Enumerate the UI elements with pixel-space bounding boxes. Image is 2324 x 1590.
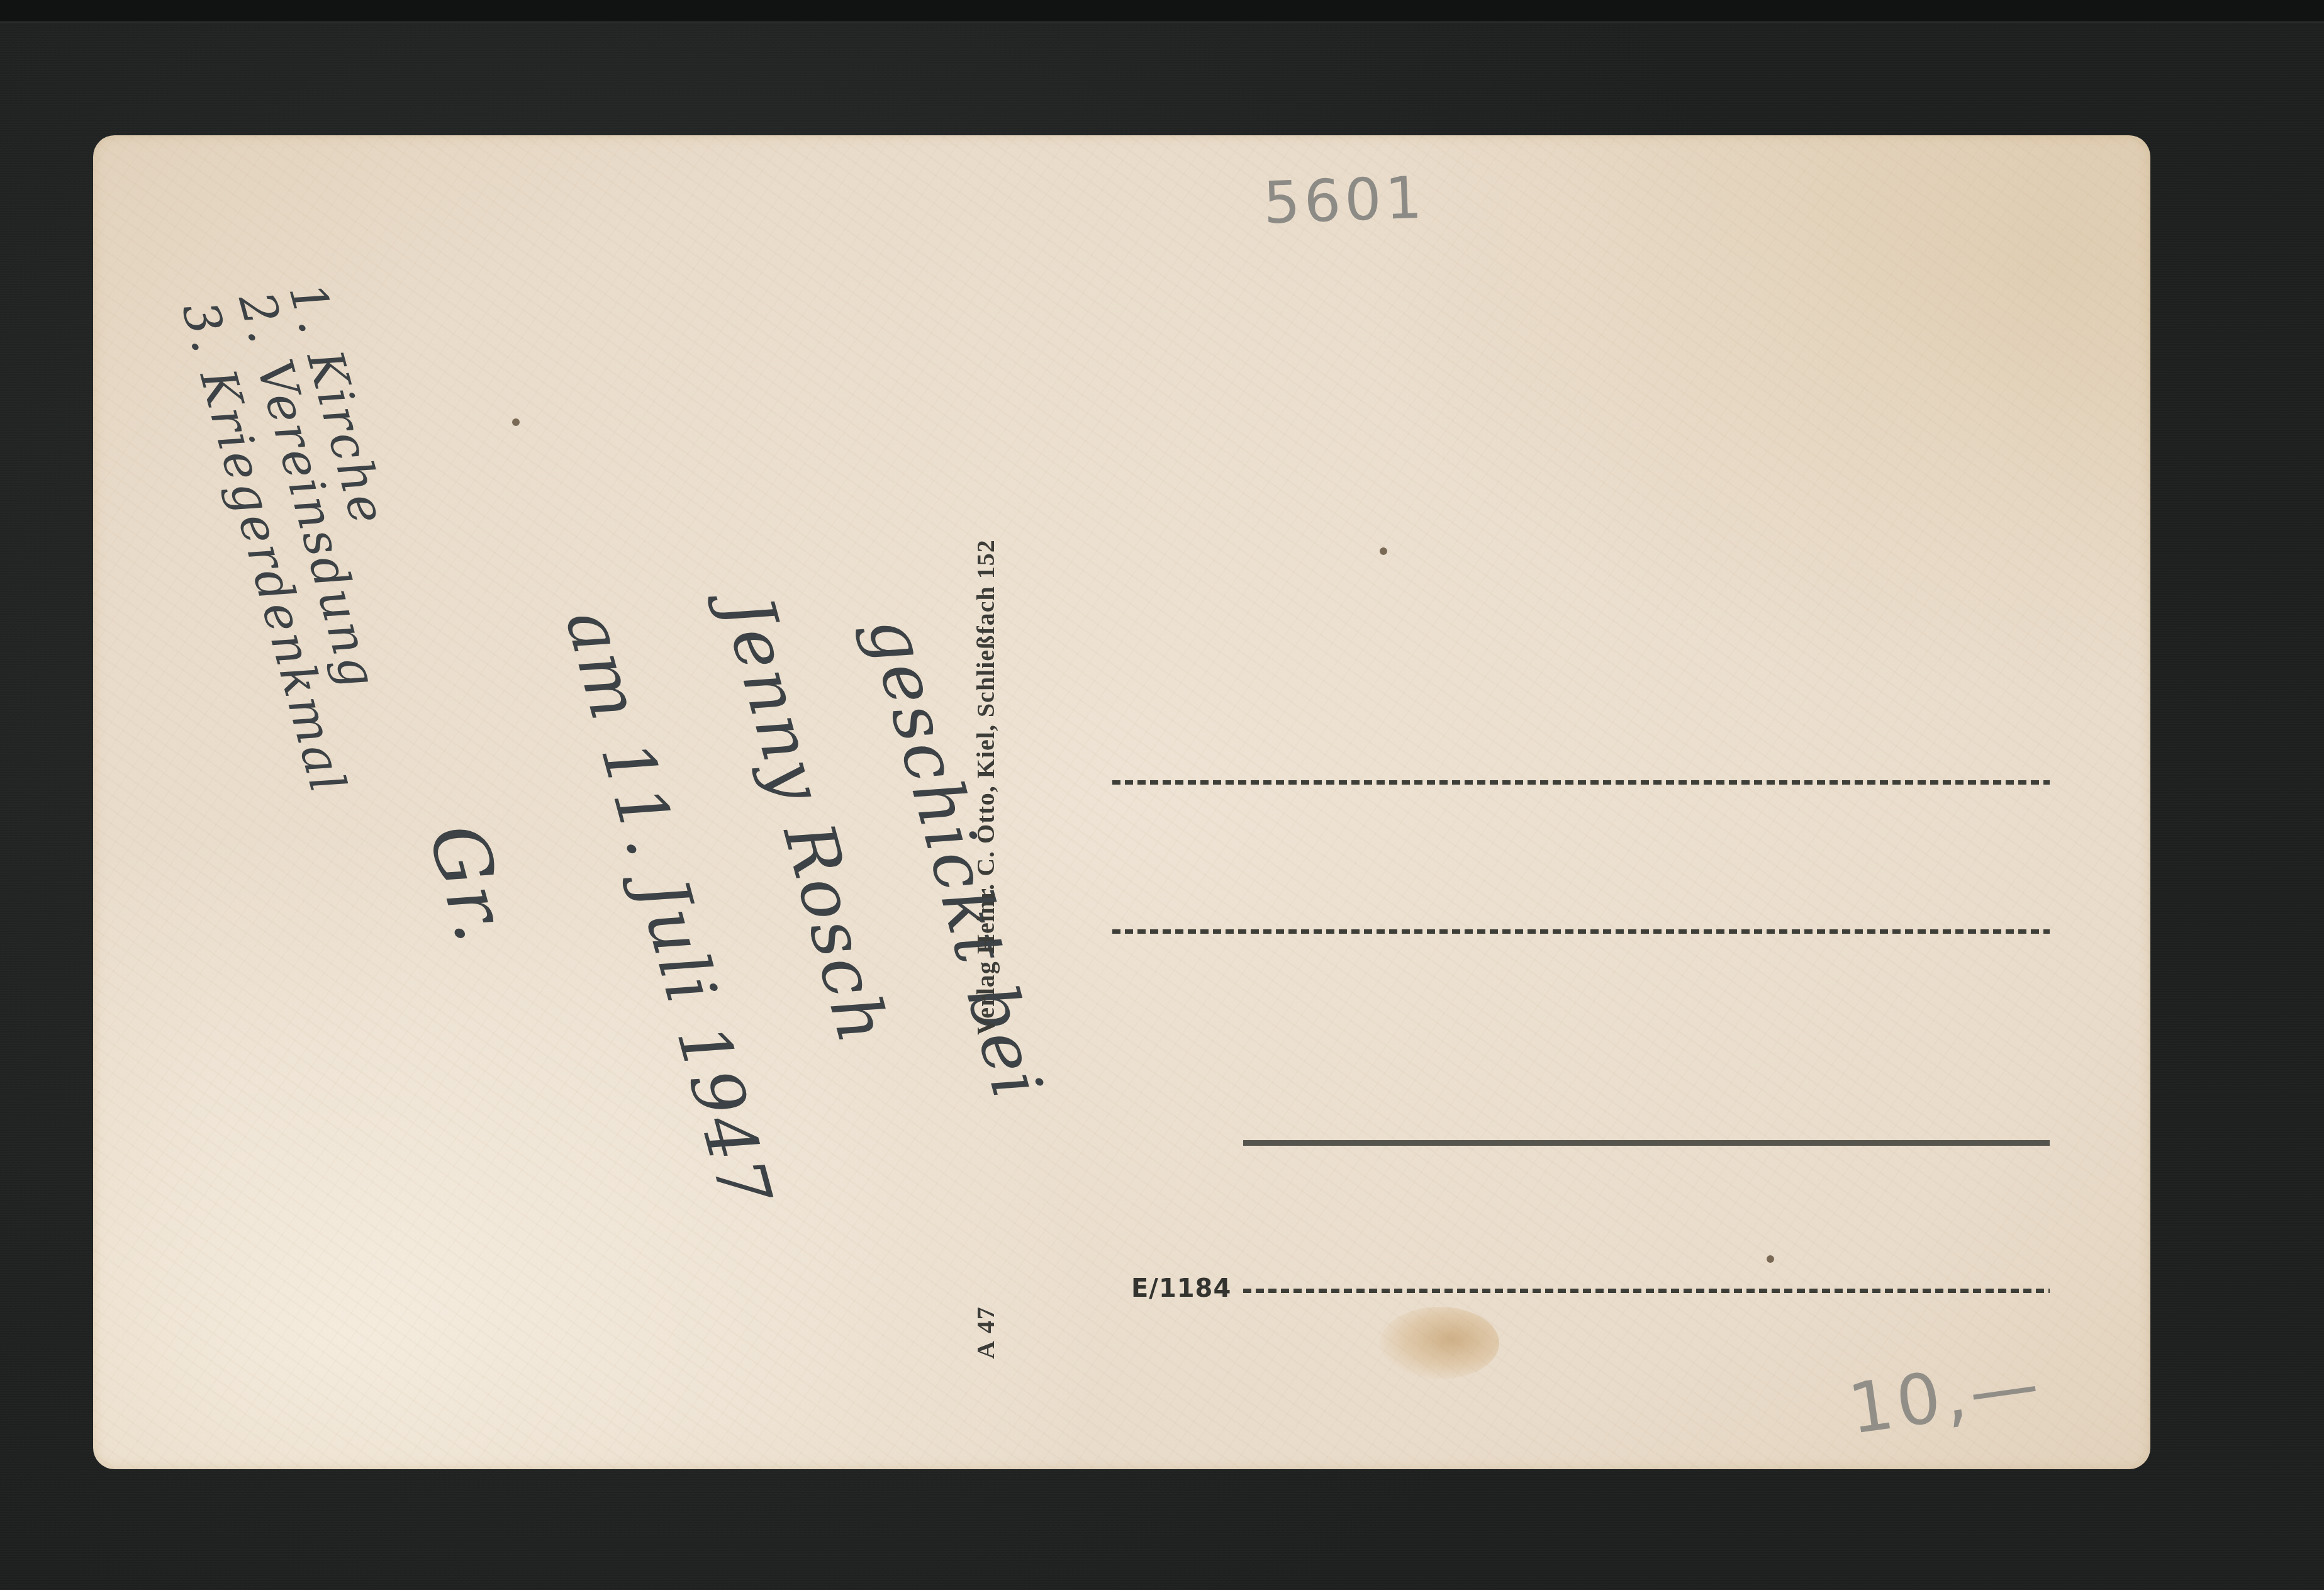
address-line	[1243, 1289, 2050, 1293]
address-line	[1243, 1140, 2050, 1146]
series-code: A 47	[971, 1306, 1000, 1359]
paper-speck	[1767, 1255, 1774, 1263]
print-number: E/1184	[1131, 1274, 1231, 1303]
backdrop-top-band	[0, 0, 2324, 23]
paper-speck	[1380, 547, 1387, 555]
address-line	[1112, 929, 2050, 934]
paper-speck	[512, 418, 520, 426]
publisher-imprint: Verlag Heinr. C. Otto, Kiel, Schließfach…	[971, 135, 1000, 1035]
address-line	[1112, 780, 2050, 785]
postcard-back: 5601 1. Kirche 2. Vereinsdung 3. Krieger…	[93, 135, 2150, 1469]
paper-texture	[93, 135, 2150, 1469]
paper-stain	[1380, 1307, 1499, 1379]
archive-number: 5601	[1262, 164, 1427, 237]
